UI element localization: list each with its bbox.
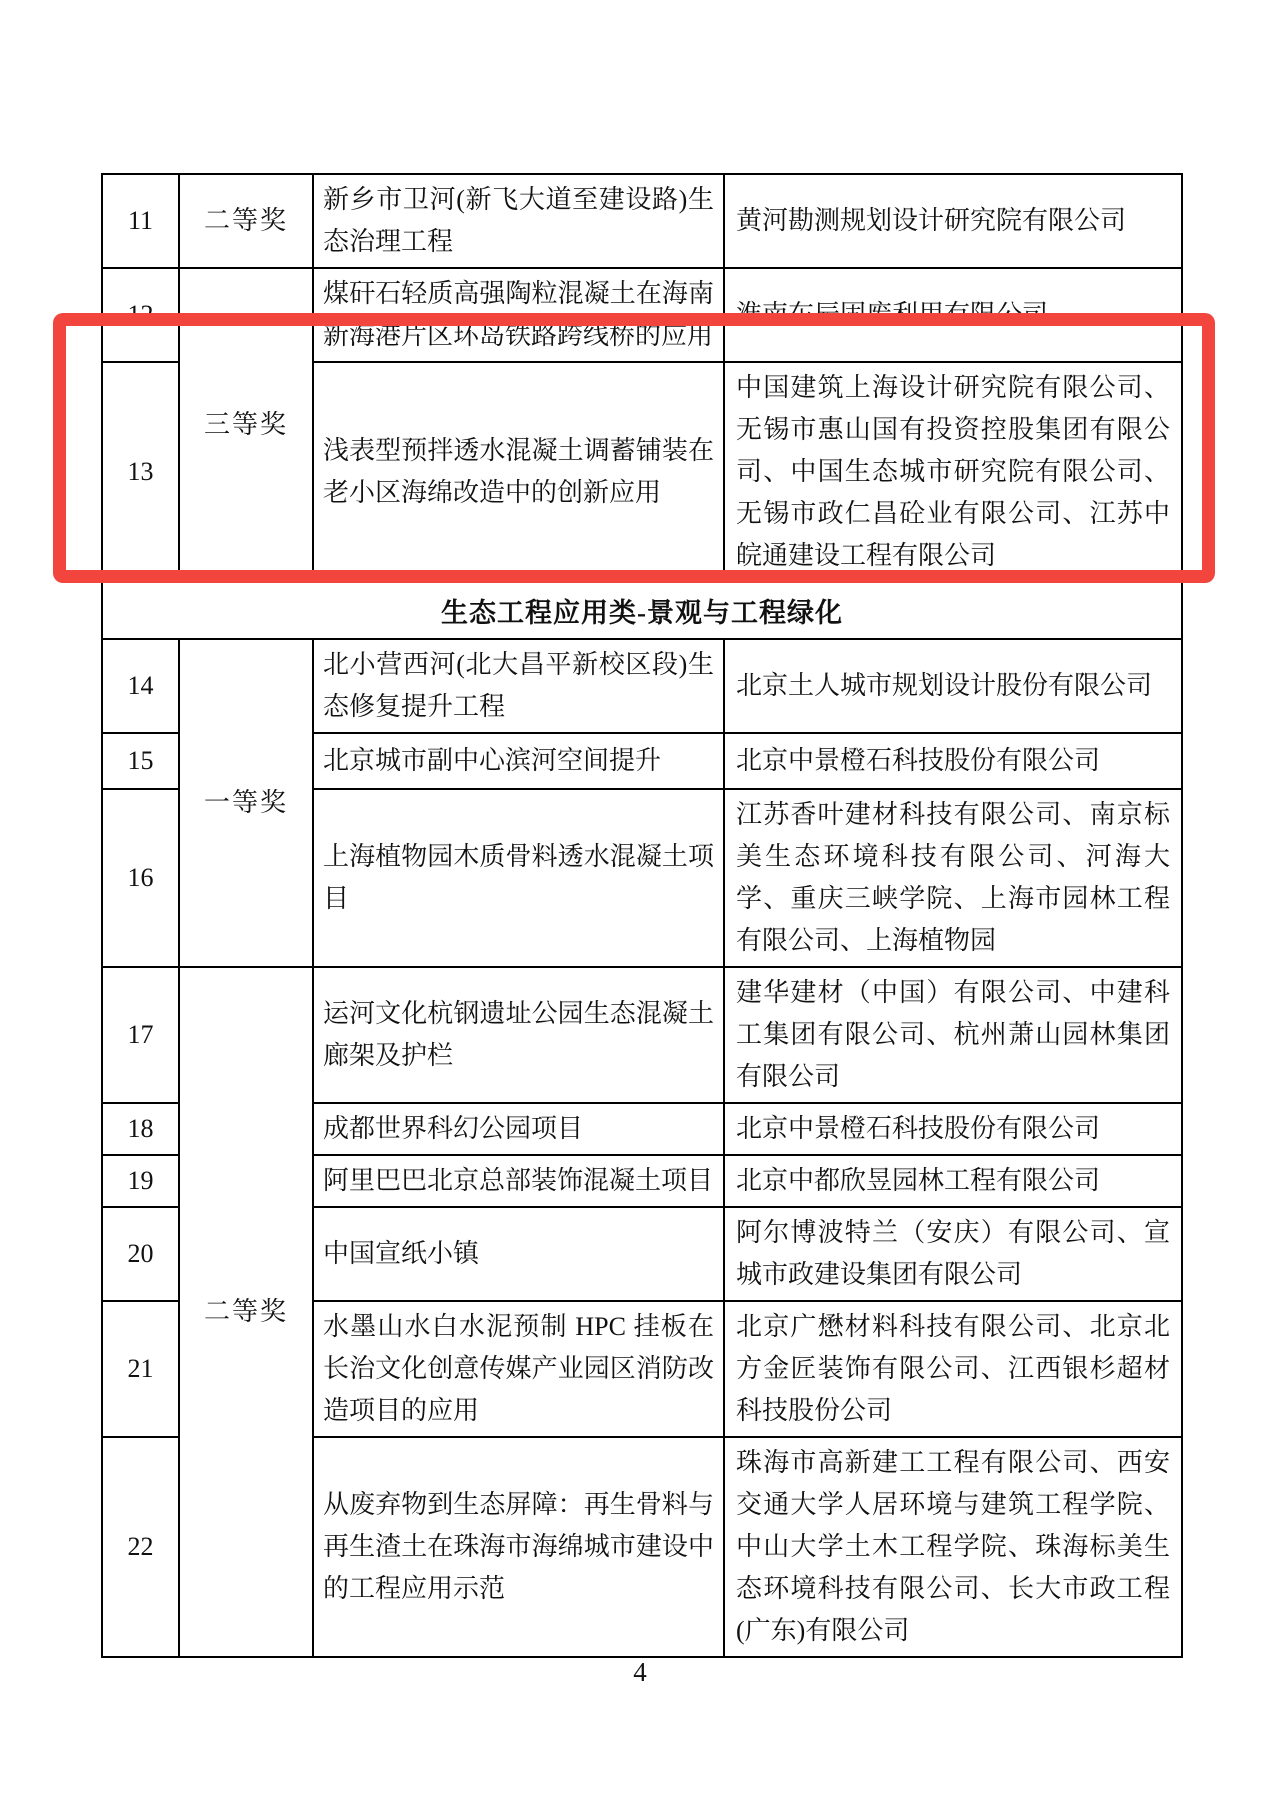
company-name: 中国建筑上海设计研究院有限公司、无锡市惠山国有投资控股集团有限公司、中国生态城市… bbox=[724, 362, 1182, 582]
project-name: 煤矸石轻质高强陶粒混凝土在海南新海港片区环岛铁路跨线桥的应用 bbox=[313, 268, 724, 362]
award-label: 二等奖 bbox=[179, 174, 313, 268]
table-row: 14 一等奖 北小营西河(北大昌平新校区段)生态修复提升工程 北京土人城市规划设… bbox=[102, 639, 1182, 733]
row-number: 15 bbox=[102, 733, 179, 789]
row-number: 21 bbox=[102, 1301, 179, 1437]
award-label: 三等奖 bbox=[179, 268, 313, 582]
company-name: 北京中景橙石科技股份有限公司 bbox=[724, 1103, 1182, 1155]
section-header-row: 生态工程应用类-景观与工程绿化 bbox=[102, 582, 1182, 639]
project-name: 中国宣纸小镇 bbox=[313, 1207, 724, 1301]
section-header: 生态工程应用类-景观与工程绿化 bbox=[102, 582, 1182, 639]
company-name: 北京中都欣昱园林工程有限公司 bbox=[724, 1155, 1182, 1207]
project-name: 水墨山水白水泥预制 HPC 挂板在长治文化创意传媒产业园区消防改造项目的应用 bbox=[313, 1301, 724, 1437]
project-name: 成都世界科幻公园项目 bbox=[313, 1103, 724, 1155]
page-number: 4 bbox=[0, 1652, 1280, 1692]
project-name: 阿里巴巴北京总部装饰混凝土项目 bbox=[313, 1155, 724, 1207]
company-name: 北京土人城市规划设计股份有限公司 bbox=[724, 639, 1182, 733]
project-name: 北京城市副中心滨河空间提升 bbox=[313, 733, 724, 789]
row-number: 20 bbox=[102, 1207, 179, 1301]
row-number: 17 bbox=[102, 967, 179, 1103]
project-name: 北小营西河(北大昌平新校区段)生态修复提升工程 bbox=[313, 639, 724, 733]
row-number: 22 bbox=[102, 1437, 179, 1657]
award-label: 二等奖 bbox=[179, 967, 313, 1657]
award-label: 一等奖 bbox=[179, 639, 313, 967]
row-number: 19 bbox=[102, 1155, 179, 1207]
project-name: 运河文化杭钢遗址公园生态混凝土廊架及护栏 bbox=[313, 967, 724, 1103]
company-name: 江苏香叶建材科技有限公司、南京标美生态环境科技有限公司、河海大学、重庆三峡学院、… bbox=[724, 789, 1182, 967]
awards-table: 11 二等奖 新乡市卫河(新飞大道至建设路)生态治理工程 黄河勘测规划设计研究院… bbox=[101, 173, 1183, 1658]
project-name: 上海植物园木质骨料透水混凝土项目 bbox=[313, 789, 724, 967]
company-name: 黄河勘测规划设计研究院有限公司 bbox=[724, 174, 1182, 268]
company-name: 北京广懋材料科技有限公司、北京北方金匠装饰有限公司、江西银杉超材科技股份公司 bbox=[724, 1301, 1182, 1437]
table-row: 12 三等奖 煤矸石轻质高强陶粒混凝土在海南新海港片区环岛铁路跨线桥的应用 淮南… bbox=[102, 268, 1182, 362]
project-name: 新乡市卫河(新飞大道至建设路)生态治理工程 bbox=[313, 174, 724, 268]
table-row: 11 二等奖 新乡市卫河(新飞大道至建设路)生态治理工程 黄河勘测规划设计研究院… bbox=[102, 174, 1182, 268]
row-number: 11 bbox=[102, 174, 179, 268]
table-row: 17 二等奖 运河文化杭钢遗址公园生态混凝土廊架及护栏 建华建材（中国）有限公司… bbox=[102, 967, 1182, 1103]
row-number: 16 bbox=[102, 789, 179, 967]
project-name: 浅表型预拌透水混凝土调蓄铺装在老小区海绵改造中的创新应用 bbox=[313, 362, 724, 582]
company-name: 建华建材（中国）有限公司、中建科工集团有限公司、杭州萧山园林集团有限公司 bbox=[724, 967, 1182, 1103]
row-number: 14 bbox=[102, 639, 179, 733]
document-page: 11 二等奖 新乡市卫河(新飞大道至建设路)生态治理工程 黄河勘测规划设计研究院… bbox=[0, 0, 1280, 1809]
row-number: 12 bbox=[102, 268, 179, 362]
project-name: 从废弃物到生态屏障：再生骨料与再生渣土在珠海市海绵城市建设中的工程应用示范 bbox=[313, 1437, 724, 1657]
company-name: 珠海市高新建工工程有限公司、西安交通大学人居环境与建筑工程学院、中山大学土木工程… bbox=[724, 1437, 1182, 1657]
row-number: 18 bbox=[102, 1103, 179, 1155]
company-name: 阿尔博波特兰（安庆）有限公司、宣城市政建设集团有限公司 bbox=[724, 1207, 1182, 1301]
company-name: 淮南东辰固废利用有限公司 bbox=[724, 268, 1182, 362]
row-number: 13 bbox=[102, 362, 179, 582]
company-name: 北京中景橙石科技股份有限公司 bbox=[724, 733, 1182, 789]
